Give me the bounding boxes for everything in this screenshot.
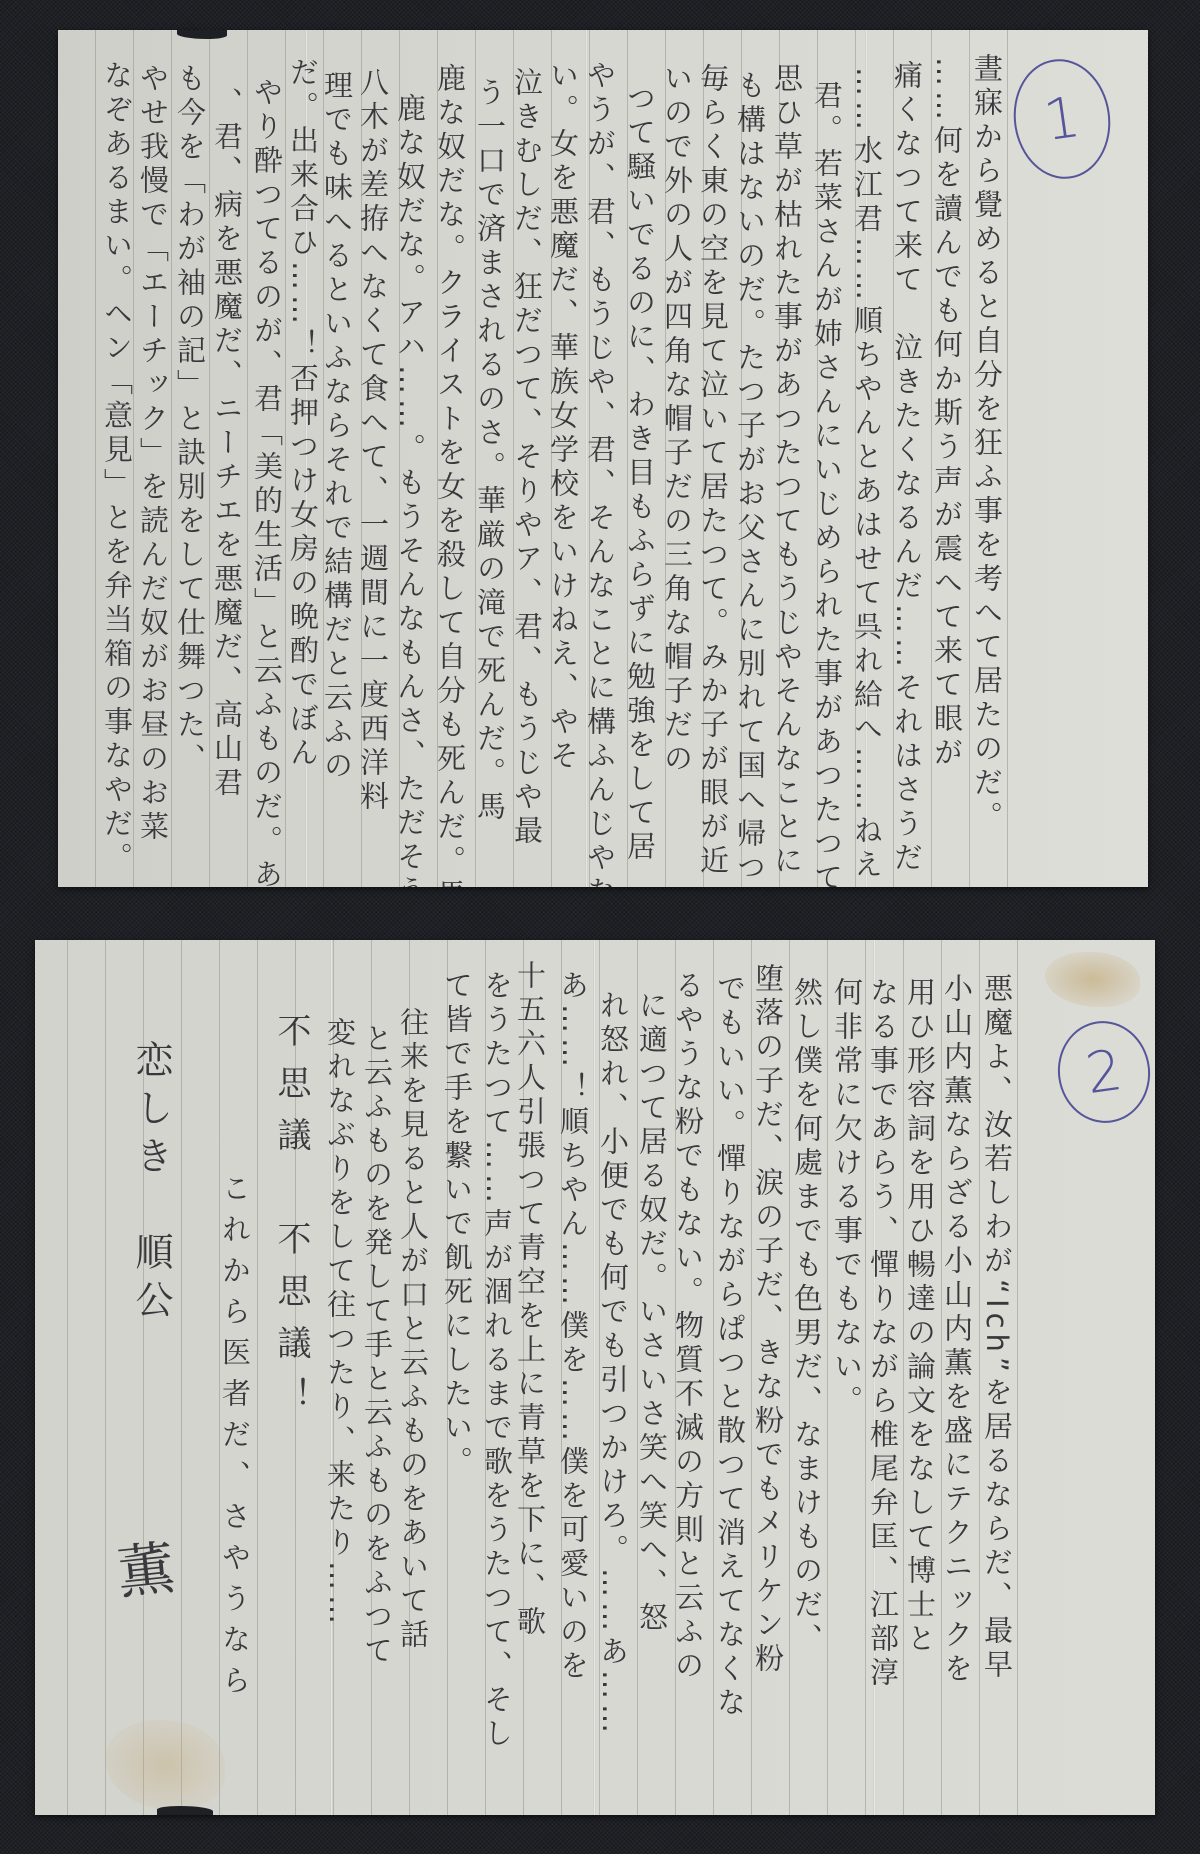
text-column: これから医者だ、さやうなら	[218, 1173, 252, 1706]
text-column: つて騒いでるのに、わき目もふらずに勉強をして居	[623, 83, 657, 865]
text-column: 鹿な奴だな。クライストを女を殺して自分も死んだ。馬	[433, 63, 467, 887]
text-column: 理でも味へるといふならそれで結構だと云ふの	[320, 70, 354, 784]
text-column: でもいい。憚りながらぱつと散つて消えてなくな	[713, 973, 747, 1721]
text-column: 小山内薫ならざる小山内薫を盛にテクニックを	[940, 973, 974, 1687]
text-column: い。女を悪魔だ、華族女学校をいけねえ、やそ	[546, 60, 580, 774]
text-column: やうが、君、もうじや、君、そんなことに構ふんじやな	[583, 60, 617, 887]
text-column: 堕落の子だ、涙の子だ、きな粉でもメリケン粉	[751, 963, 785, 1677]
text-column: るやうな粉でもない。物質不滅の方則と云ふの	[671, 970, 705, 1684]
text-column: をうたつて……声が涸れるまで歌をうたつて、そし	[480, 970, 514, 1752]
text-column: あ……！順ちやん……僕を……僕を可愛いのを	[556, 970, 590, 1684]
text-column: 何非常に欠ける事でもない。	[830, 977, 864, 1419]
text-column: に適つて居る奴だ。いさいさ笑へ笑へ、怒	[635, 990, 669, 1636]
text-column: 用ひ形容詞を用ひ暢達の論文をなして博士と	[903, 977, 937, 1657]
text-column: て皆で手を繋いで飢死にしたい。	[440, 970, 474, 1480]
text-column: 変れなぶりをして往つたり、来たり……	[323, 1017, 357, 1629]
letter-page-1: 1 晝寐から覺めると自分を狂ふ事を考へて居たのだ。 ……何を讀んでも何か斯う声が…	[58, 30, 1148, 887]
text-column: 泣きむしだ、狂だつて、そりやア、君、もうじや最	[510, 67, 544, 849]
text-column: ……何を讀んでも何か斯う声が震へて来て眼が	[930, 57, 964, 771]
page-number-circle: 1	[1006, 53, 1118, 185]
text-column: やり酔つてるのが、君「美的生活」と云ふものだ。あ	[250, 77, 284, 887]
text-column: も構はないのだ。たつ子がお父さんに別れて国へ帰つて	[733, 70, 767, 887]
text-column-addressee: 恋しき 順公	[129, 1040, 173, 1328]
text-column: う一口で済まされるのさ。華厳の滝で死んだ。馬	[473, 77, 507, 825]
text-column: だ。出来合ひ……！否押つけ女房の晩酌でぼん	[286, 57, 320, 771]
text-column: 、君、病を悪魔だ、ニーチエを悪魔だ、高山君	[210, 87, 244, 801]
text-column: なぞあるまい。ヘン「意見」とを弁当箱の事なやだ。	[100, 60, 134, 876]
text-column: と云ふものを発して手と云ふものをふつて	[360, 1023, 394, 1669]
text-column: 不思議 不思議！	[271, 1013, 311, 1429]
text-column: 八木が差拵へなくて食へて、一週間に一度西洋料	[356, 67, 390, 815]
text-column: なる事であらう、憚りながら椎尾弁匡、江部淳	[866, 977, 900, 1691]
text-column: 然し僕を何處までも色男だ、なまけものだ、	[790, 977, 824, 1657]
letter-page-2: 2 悪魔よ、汝若しわが“Ich”を居るならだ、最早 小山内薫ならざる小山内薫を盛…	[35, 940, 1155, 1815]
text-column: ……水江君……順ちやんとあはせて呉れ給へ……ねえ	[850, 67, 884, 883]
text-column: 君。若菜さんが姉さんにいじめられた事があつたつて	[810, 80, 844, 887]
text-column: 晝寐から覺めると自分を狂ふ事を考へて居たのだ。	[970, 53, 1004, 835]
page-number: 2	[1082, 1037, 1126, 1106]
torn-edge	[157, 1806, 213, 1815]
text-column: も今を「わが袖の記」と訣別をして仕舞つた、	[173, 63, 207, 777]
page-number: 1	[1040, 84, 1084, 153]
text-column: 痛くなつて来て 泣きたくなるんだ……それはさうだ	[890, 60, 924, 876]
text-column: 鹿な奴だな。アハ……。もうそんなもんさ、ただそう	[393, 93, 427, 887]
text-column: やせ我慢で「エーチック」を読んだ奴がお昼のお菜	[136, 63, 170, 845]
text-column: 毎らく東の空を見て泣いて居たつて。みか子が眼が近	[696, 63, 730, 879]
signature: 薫	[108, 1537, 174, 1601]
paper-stain	[1045, 952, 1140, 1007]
text-column: 思ひ草が枯れた事があつたつてもうじやそんなことに	[770, 63, 804, 879]
text-column: 往来を見ると人が口と云ふものをあいて話	[396, 1007, 430, 1653]
text-column: 悪魔よ、汝若しわが“Ich”を居るならだ、最早	[980, 973, 1014, 1683]
text-column: れ怒れ、小便でも何でも引つかけろ。……あ……	[596, 990, 630, 1738]
text-column: いので外の人が四角な帽子だの三角な帽子だの	[660, 63, 694, 777]
text-column: 十五六人引張つて青空を上に青草を下に、歌	[513, 960, 547, 1640]
page-number-circle: 2	[1051, 1015, 1155, 1129]
